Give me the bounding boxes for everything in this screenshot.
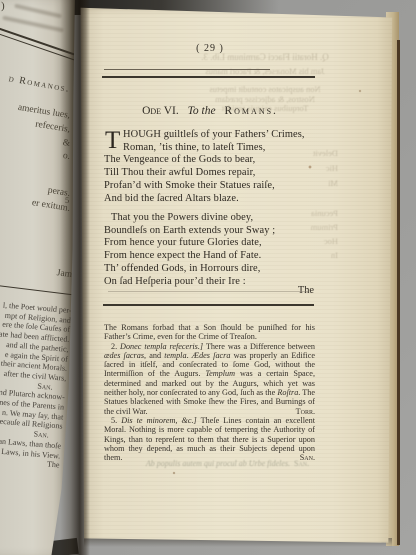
- footnote: 5. Dis te minorem, &c.] Theſe Lines cont…: [104, 416, 315, 462]
- ghost-showthrough-line: Non auspicatos contudit impetus: [170, 84, 360, 94]
- footnotes-block: The Romans forbad that a Son ſhould be p…: [104, 323, 315, 462]
- ghost-showthrough-line: Jam bis Monæses, & Pacori manus: [170, 66, 360, 76]
- left-page-verse-fragments: ameritus lues,refeceris,&o.peras.er exit…: [0, 0, 70, 230]
- poem-line: Boundleſs on Earth extends your Sway ;: [104, 225, 318, 238]
- poem-stanza-1: HOUGH guiltleſs of your Fathers’ Crimes,…: [104, 129, 318, 205]
- poem-line: From hence expect the Hand of Fate.: [104, 250, 318, 263]
- poem-line: That you the Powers divine obey,: [104, 212, 318, 225]
- footnote-rule: [103, 304, 314, 306]
- cover-edge: [397, 40, 400, 545]
- footnote: The Romans forbad that a Son ſhould be p…: [104, 323, 315, 342]
- left-page: ) d Romanos. ameritus lues,refeceris,&o.…: [0, 0, 78, 555]
- footnote-text: 2. Donec templa refeceris.] There was a …: [104, 342, 315, 416]
- poem-line: Roman, ’tis thine, to lateſt Times,: [104, 142, 318, 155]
- ode-number: Ode VI.: [142, 105, 179, 117]
- book-photo: ) d Romanos. ameritus lues,refeceris,&o.…: [0, 0, 416, 555]
- poem-line: HOUGH guiltleſs of your Fathers’ Crimes,: [104, 129, 318, 142]
- page-number: ( 29 ): [104, 43, 316, 54]
- poem-line: Th’ offended Gods, in Horrours dire,: [104, 263, 318, 276]
- header-rule-lower: [102, 76, 315, 78]
- left-page-footnote-fragments: l, the Poet would per-mpt of Religion, a…: [0, 297, 72, 470]
- ghost-offset-line: Ab populis autem qui procul ab Urbe fide…: [118, 459, 318, 468]
- footnote-attribution: Torr.: [289, 407, 315, 416]
- footnote-text: 5. Dis te minorem, &c.] Theſe Lines cont…: [104, 416, 315, 462]
- poem-line: Profan’d with Smoke their Statues raiſe,: [104, 180, 318, 193]
- ode-dedicatee: Romans.: [224, 105, 277, 117]
- footnote: 2. Donec templa refeceris.] There was a …: [104, 342, 315, 416]
- header-rule-upper: [104, 69, 270, 70]
- ghost-offset-attribution: San.: [294, 459, 324, 468]
- footnote-text: The Romans forbad that a Son ſhould be p…: [104, 323, 315, 341]
- left-page-line-number: 5: [65, 195, 69, 205]
- poem-line: From hence your future Glories date,: [104, 237, 318, 250]
- left-page-footnote-rule: [0, 285, 80, 297]
- ode-title: Ode VI. To the Romans.: [98, 105, 322, 117]
- right-page: Q. Horatii Flacci Carminum Lib. 3.Jam bi…: [78, 5, 396, 547]
- poem-line: Till Thou their awful Domes repair,: [104, 167, 318, 180]
- ode-title-connector: To the: [188, 105, 216, 117]
- poem-line: The Vengeance of the Gods to bear,: [104, 154, 318, 167]
- ghost-rule: [108, 291, 308, 292]
- poem-stanza-2: That you the Powers divine obey,Boundleſ…: [104, 212, 318, 288]
- left-page-catchword: Jam: [0, 261, 73, 280]
- poem-line: And bid the ſacred Altars blaze.: [104, 193, 318, 206]
